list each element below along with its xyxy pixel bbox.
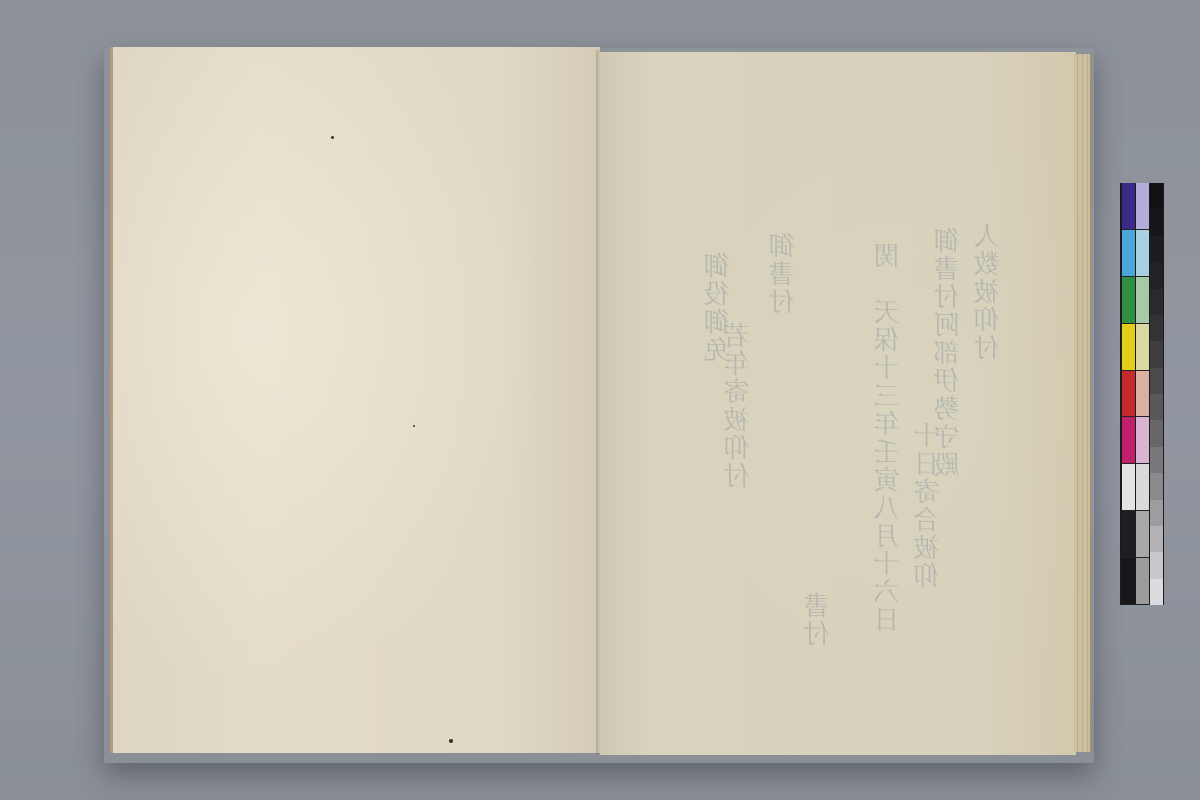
gray-step [1150,473,1163,499]
gray-step [1150,447,1163,473]
gray-step [1150,368,1163,394]
gray-step [1150,420,1163,446]
patch-white [1122,464,1135,511]
showthrough-column: 御書付 [765,232,802,316]
gray-step [1150,262,1163,288]
patch-red [1122,371,1135,418]
ink-speck [331,136,334,139]
gray-step [1150,183,1163,209]
patch-yellow [1122,324,1135,371]
grayscale-column [1150,183,1163,605]
showthrough-column: 書付 [800,592,837,648]
gray-step [1150,341,1163,367]
gray-step [1150,289,1163,315]
patch-pastel-magenta [1136,417,1149,464]
gray-step [1150,315,1163,341]
showthrough-column: 十日寄合被仰 [910,422,947,590]
patch-black [1122,558,1135,605]
pastel-color-column [1136,183,1149,605]
gray-step [1150,394,1163,420]
color-calibration-strip [1120,183,1164,605]
showthrough-column: 人数被仰付 [970,222,1007,362]
patch-mid-gray [1136,558,1149,605]
patch-pastel-green [1136,277,1149,324]
saturated-color-column [1122,183,1135,605]
patch-black [1122,511,1135,558]
patch-pastel-violet [1136,183,1149,230]
patch-pastel-cyan [1136,230,1149,277]
ink-speck [449,739,453,743]
patch-pastel-red [1136,371,1149,418]
gray-step [1150,236,1163,262]
patch-green [1122,277,1135,324]
patch-mid-gray [1136,511,1149,558]
showthrough-column: 御役御免 [700,252,737,364]
patch-light-gray [1136,464,1149,511]
gray-step [1150,500,1163,526]
gray-step [1150,579,1163,605]
patch-pastel-yellow [1136,324,1149,371]
patch-blue-violet [1122,183,1135,230]
ink-speck [413,425,415,427]
patch-cyan [1122,230,1135,277]
showthrough-column: 関 天保十三年壬寅八月十六日 [870,242,907,634]
gray-step [1150,552,1163,578]
patch-magenta [1122,417,1135,464]
left-page [110,47,600,753]
showthrough-text: 関 天保十三年壬寅八月十六日 御書付阿部伊勢守殿 人数被仰付 十日寄合被仰 御書… [600,52,1076,755]
gray-step [1150,526,1163,552]
gray-step [1150,209,1163,235]
book-photo: 関 天保十三年壬寅八月十六日 御書付阿部伊勢守殿 人数被仰付 十日寄合被仰 御書… [0,0,1200,800]
page-edges [1074,54,1091,752]
right-page: 関 天保十三年壬寅八月十六日 御書付阿部伊勢守殿 人数被仰付 十日寄合被仰 御書… [600,52,1076,755]
